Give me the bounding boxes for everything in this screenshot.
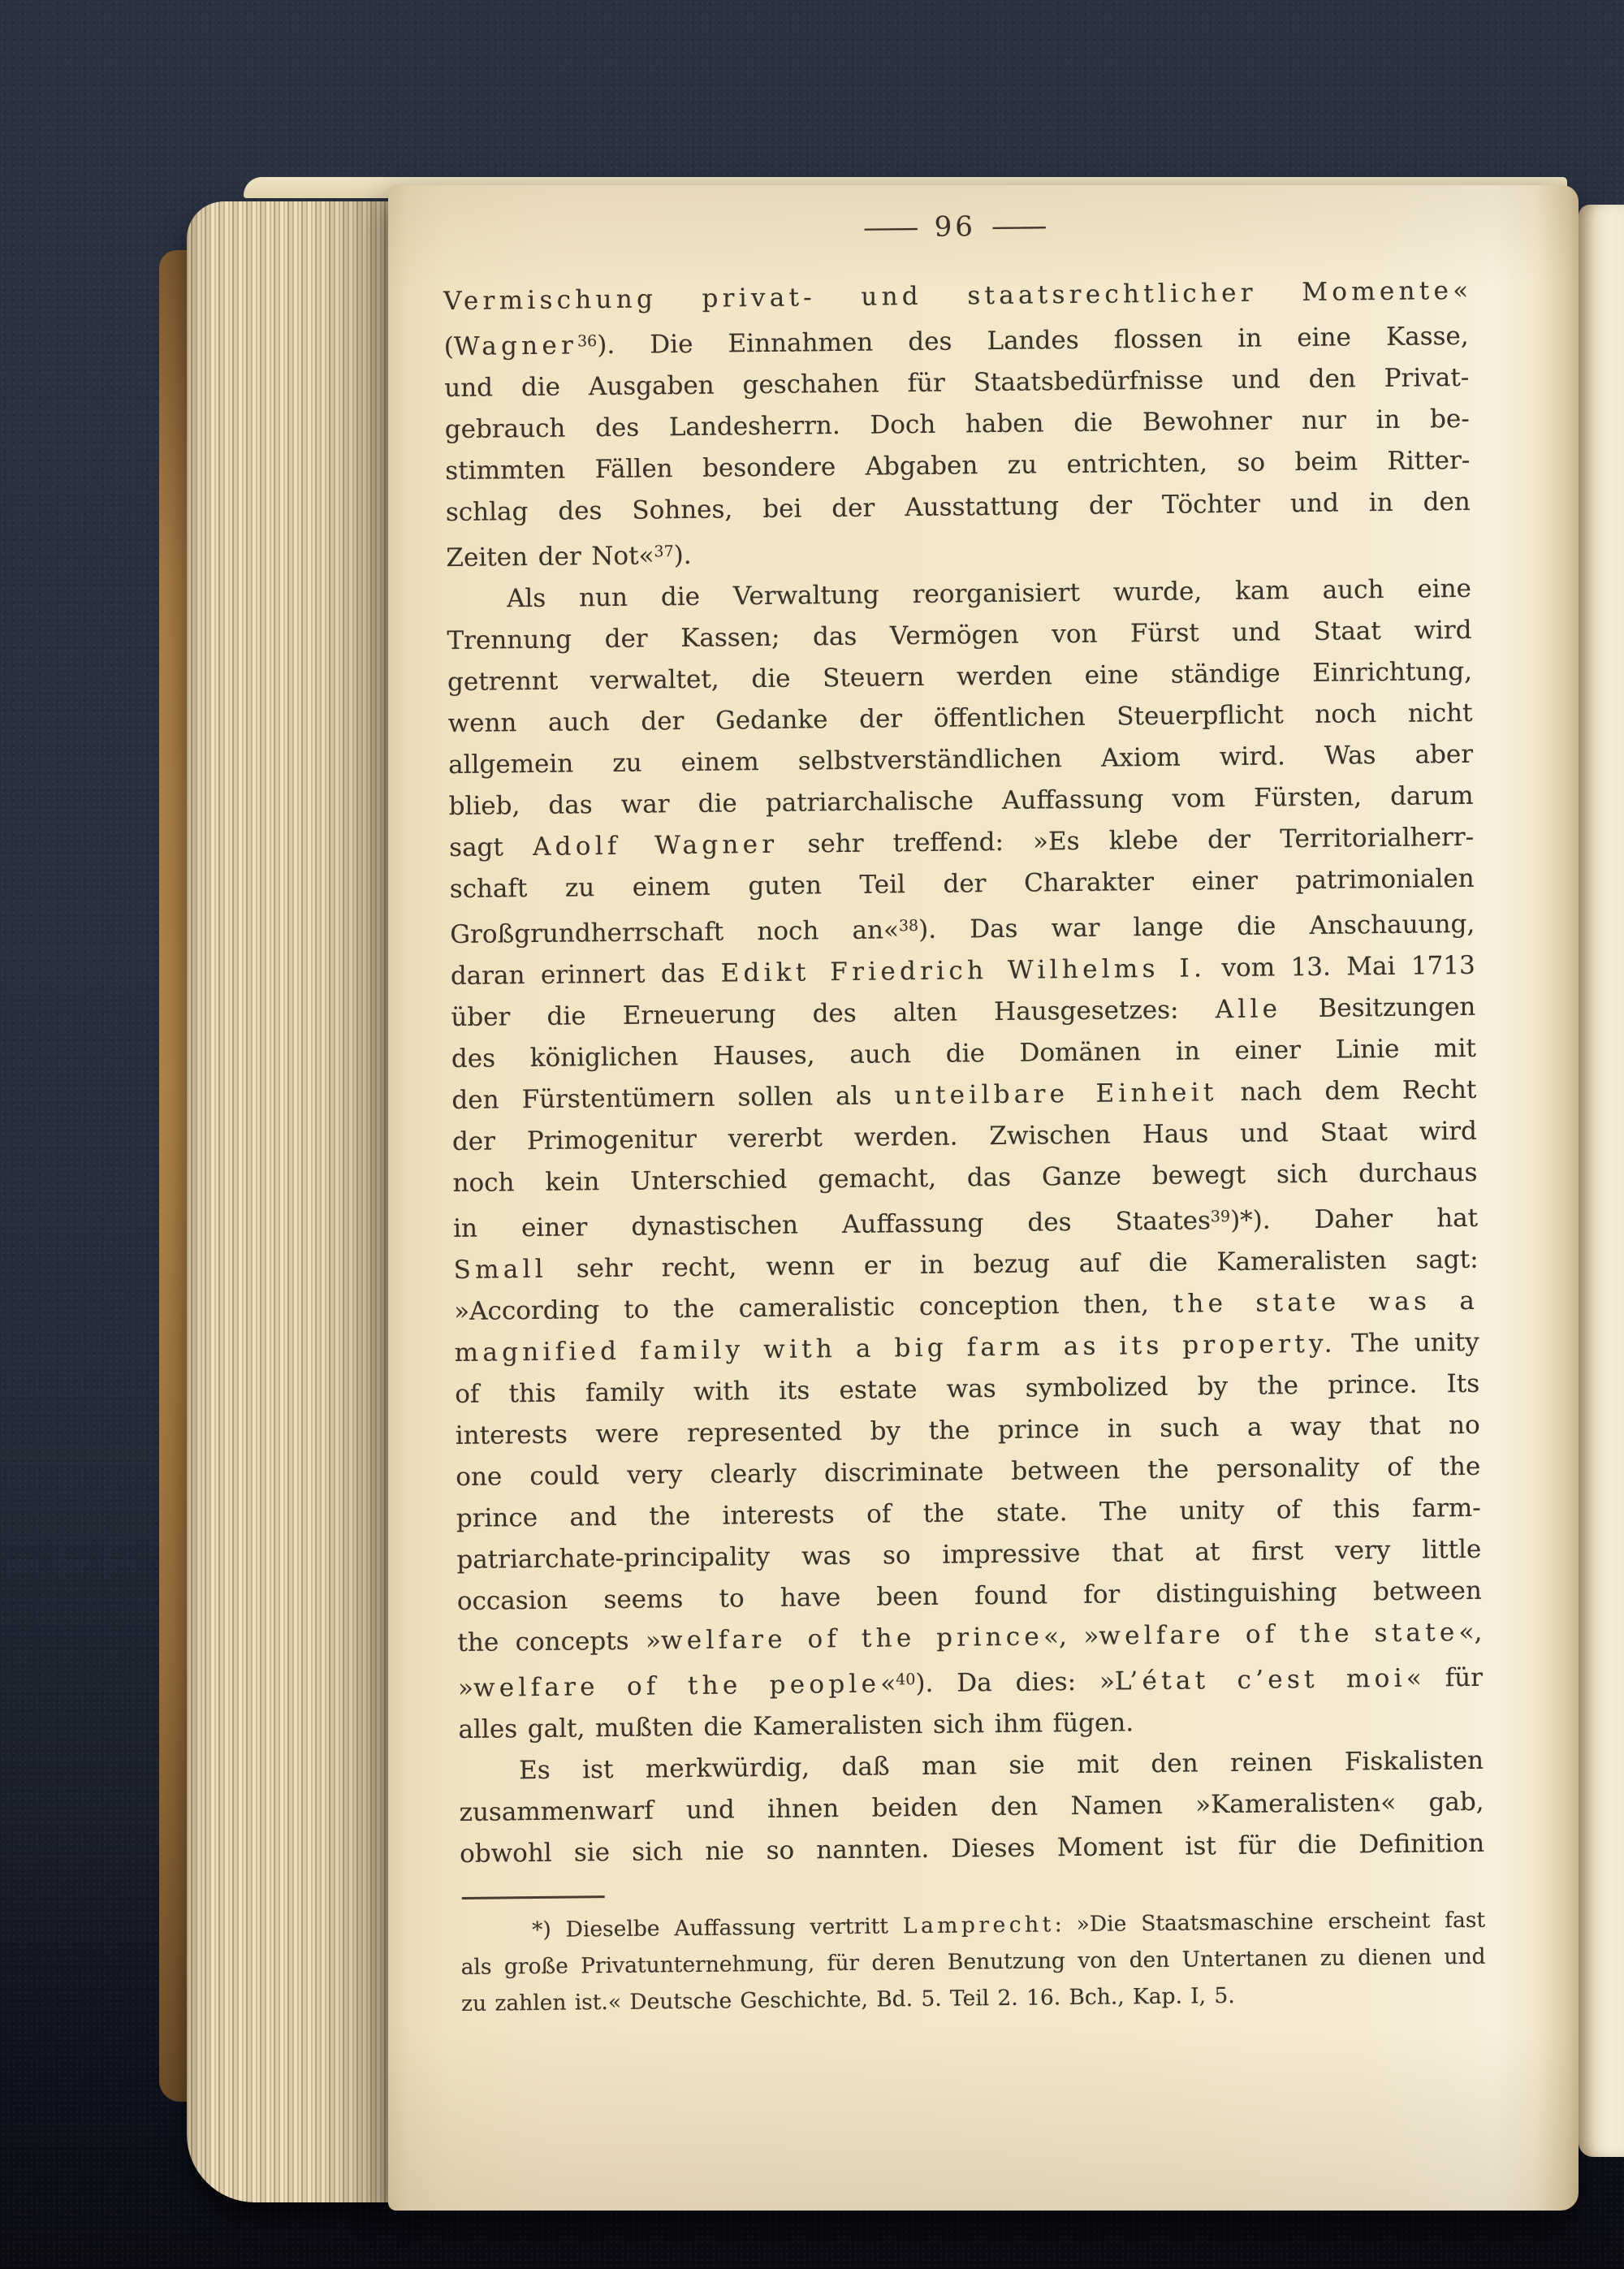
- text-segment: welfare of the prince: [661, 1622, 1043, 1655]
- text-segment: )*). Daher hat: [1230, 1204, 1478, 1235]
- text-segment: blieb, das war die patriarchalische Auff…: [448, 781, 1473, 821]
- text-segment: zu zahlen ist.« Deutsche Geschichte, Bd.…: [461, 1983, 1235, 2016]
- text-segment: schaft zu einem guten Teil der Charakter…: [450, 864, 1475, 904]
- text-segment: wenn auch der Gedanke der öffentlichen S…: [447, 698, 1472, 738]
- text-segment: ). Da dies: »: [915, 1667, 1115, 1699]
- text-segment: noch kein Unterschied gemacht, das Ganze…: [452, 1158, 1477, 1198]
- text-segment: gebrauch des Landesherrn. Doch haben die…: [445, 404, 1470, 444]
- text-segment: Es ist merkwürdig, daß man sie mit den r…: [519, 1746, 1484, 1785]
- text-segment: Besitzungen: [1281, 992, 1475, 1024]
- footnote-reference: 38: [899, 917, 918, 935]
- text-segment: The unity: [1337, 1328, 1479, 1359]
- text-segment: magnified family with a big farm as its …: [455, 1329, 1337, 1368]
- text-segment: prince and the interests of the state. T…: [456, 1493, 1481, 1533]
- text-segment: sehr recht, wenn er in bezug auf die Kam…: [547, 1245, 1479, 1284]
- text-segment: Small: [453, 1255, 547, 1285]
- page-content: — 96 — Vermischung privat- und staatsrec…: [443, 194, 1486, 2022]
- text-segment: allgemein zu einem selbstverständlichen …: [448, 740, 1473, 780]
- text-segment: «: [880, 1669, 896, 1698]
- text-segment: patriarchate-principality was so impress…: [456, 1535, 1481, 1575]
- text-segment: Großgrundherrschaft noch an«: [450, 915, 899, 949]
- text-segment: der Primogenitur vererbt werden. Zwische…: [452, 1117, 1477, 1156]
- text-segment: zusammenwarf und ihnen beiden den Namen …: [459, 1787, 1484, 1827]
- text-segment: getrennt verwaltet, die Steuern werden e…: [447, 657, 1472, 697]
- text-segment: über die Erneuerung des alten Hausgesetz…: [451, 995, 1216, 1032]
- footnote-text: *) Dieselbe Auffassung vertritt Lamprech…: [460, 1902, 1486, 2022]
- text-segment: « für: [1406, 1663, 1484, 1693]
- text-segment: Wagner: [454, 331, 578, 361]
- header-dash-right: —: [990, 210, 1048, 243]
- text-segment: Edikt Friedrich Wilhelms I.: [720, 953, 1206, 988]
- footnote-reference: 37: [654, 542, 673, 560]
- text-segment: Lamprecht: [903, 1912, 1055, 1938]
- text-segment: one could very clearly discriminate betw…: [456, 1452, 1480, 1492]
- text-segment: stimmten Fällen besondere Abgaben zu ent…: [445, 446, 1470, 486]
- text-segment: the state was a: [1173, 1286, 1479, 1319]
- footnote-rule: [462, 1895, 605, 1899]
- header-dash-left: —: [862, 211, 921, 244]
- text-segment: welfare of the people: [473, 1670, 881, 1703]
- text-segment: alles galt, mußten die Kameralisten sich…: [458, 1708, 1134, 1744]
- footnote-reference: 39: [1211, 1208, 1230, 1225]
- text-segment: nach dem Recht: [1217, 1075, 1476, 1107]
- text-segment: schlag des Sohnes, bei der Ausstattung d…: [446, 487, 1471, 527]
- text-segment: »: [458, 1674, 473, 1703]
- text-segment: den Fürstentümern sollen als: [451, 1081, 894, 1115]
- text-segment: Trennung der Kassen; das Vermögen von Fü…: [447, 616, 1471, 655]
- text-segment: Alle: [1215, 994, 1281, 1024]
- text-segment: Zeiten der Not«: [446, 541, 654, 573]
- text-segment: «, »: [1043, 1622, 1099, 1652]
- text-segment: : »Die Staatsmaschine erscheint fast: [1055, 1908, 1486, 1938]
- footnote-reference: 36: [577, 332, 597, 350]
- text-segment: (: [444, 332, 454, 361]
- text-segment: ).: [674, 541, 692, 570]
- text-segment: unteilbare Einheit: [894, 1078, 1217, 1110]
- page-stack-fore-edge: [187, 201, 393, 2202]
- text-segment: interests were represented by the prince…: [456, 1411, 1480, 1450]
- text-segment: »According to the cameralistic conceptio…: [454, 1290, 1173, 1326]
- text-segment: des königlichen Hauses, auch die Domänen…: [451, 1034, 1476, 1074]
- text-segment: Als nun die Verwaltung reorganisiert wur…: [507, 574, 1471, 613]
- page-header: — 96 —: [443, 194, 1468, 253]
- text-segment: *) Dieselbe Auffassung vertritt: [532, 1913, 903, 1943]
- text-segment: ). Die Einnahmen des Landes flossen in e…: [597, 322, 1469, 360]
- text-segment: welfare of the state: [1099, 1618, 1459, 1651]
- text-segment: sehr treffend: »Es klebe der Territorial…: [778, 823, 1474, 859]
- next-page-edge: [1579, 205, 1624, 2157]
- text-segment: vom 13. Mai 1713: [1206, 951, 1475, 983]
- book-scan: — 96 — Vermischung privat- und staatsrec…: [0, 0, 1624, 2269]
- footnote-reference: 40: [896, 1670, 915, 1688]
- text-segment: the concepts »: [457, 1626, 661, 1657]
- text-segment: in einer dynastischen Auffassung des Sta…: [453, 1206, 1211, 1243]
- text-segment: Adolf Wagner: [533, 830, 779, 862]
- text-segment: ). Das war lange die Anschauung,: [918, 910, 1475, 944]
- text-segment: of this family with its estate was symbo…: [455, 1369, 1479, 1409]
- text-segment: «,: [1458, 1618, 1482, 1647]
- text-segment: occasion seems to have been found for di…: [457, 1576, 1482, 1616]
- text-segment: und die Ausgaben geschahen für Staatsbed…: [444, 363, 1469, 403]
- text-segment: sagt: [449, 832, 533, 862]
- body-text: Vermischung privat- und staatsrechtliche…: [443, 270, 1484, 1875]
- text-segment: daran erinnert das: [451, 959, 721, 991]
- text-segment: obwohl sie sich nie so nannten. Dieses M…: [460, 1829, 1484, 1869]
- text-segment: L’état c’est moi: [1115, 1664, 1406, 1696]
- text-segment: «: [1453, 276, 1468, 305]
- page-number: 96: [934, 210, 976, 244]
- text-segment: Vermischung privat- und staatsrechtliche…: [443, 276, 1453, 316]
- text-segment: als große Privatunternehmung, für deren …: [460, 1944, 1485, 1980]
